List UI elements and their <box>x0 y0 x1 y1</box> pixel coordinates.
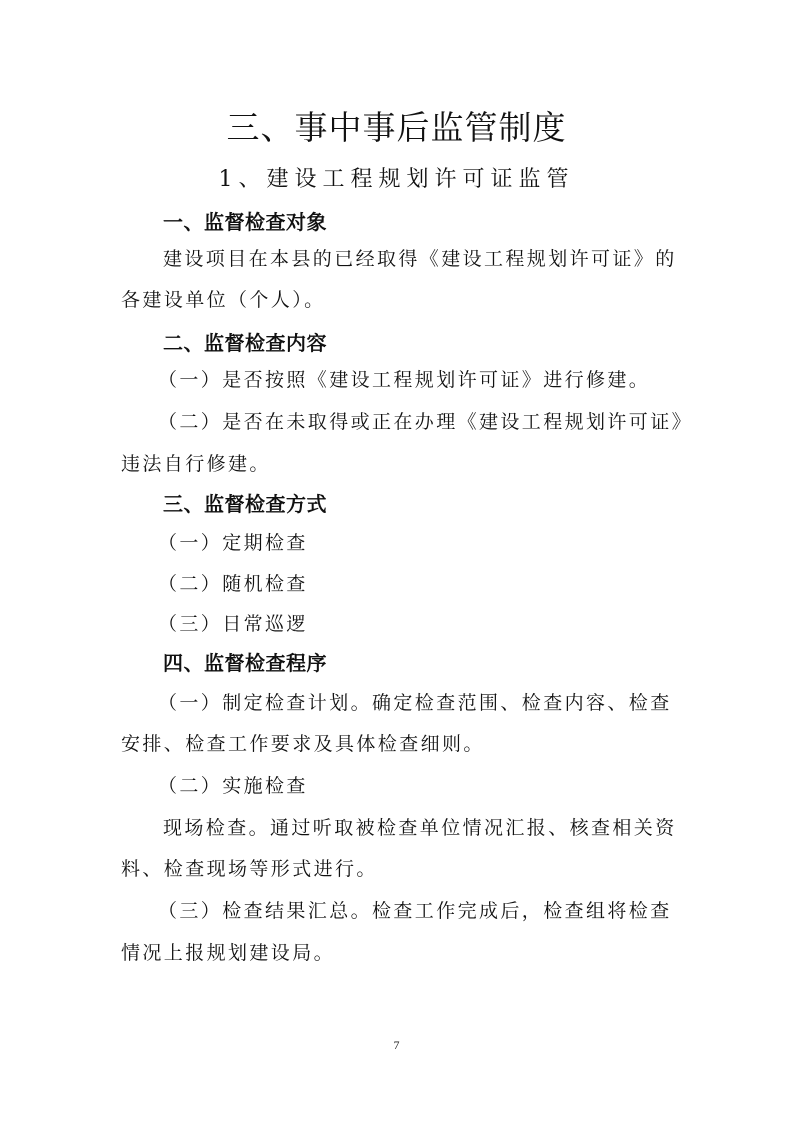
list-item: （一）定期检查 <box>158 529 718 557</box>
list-item: （二）随机检查 <box>158 570 718 598</box>
paragraph-line: （二）实施检查 <box>158 772 718 800</box>
paragraph-line: 现场检查。通过听取被检查单位情况汇报、核查相关资 <box>163 814 723 842</box>
paragraph-line: （二）是否在未取得或正在办理《建设工程规划许可证》 <box>158 408 718 436</box>
paragraph-line: （一）制定检查计划。确定检查范围、检查内容、检查 <box>158 689 718 717</box>
section-heading-3: 三、监督检查方式 <box>163 490 327 518</box>
paragraph-line: 建设项目在本县的已经取得《建设工程规划许可证》的 <box>163 245 723 273</box>
page-title: 三、事中事后监管制度 <box>0 106 793 150</box>
document-page: 三、事中事后监管制度 1、建设工程规划许可证监管 一、监督检查对象 建设项目在本… <box>0 0 793 1122</box>
section-heading-1: 一、监督检查对象 <box>163 208 327 236</box>
section-heading-4: 四、监督检查程序 <box>163 649 327 677</box>
page-number: 7 <box>0 1038 793 1053</box>
section-heading-2: 二、监督检查内容 <box>163 329 327 357</box>
paragraph-line: （三）检查结果汇总。检查工作完成后，检查组将检查 <box>158 897 718 925</box>
paragraph-line: 违法自行修建。 <box>121 450 681 478</box>
list-item: （三）日常巡逻 <box>158 610 718 638</box>
page-subtitle: 1、建设工程规划许可证监管 <box>0 164 793 196</box>
paragraph-line: 料、检查现场等形式进行。 <box>121 855 681 883</box>
paragraph-line: 安排、检查工作要求及具体检查细则。 <box>121 730 681 758</box>
paragraph-line: 各建设单位（个人）。 <box>121 286 681 314</box>
paragraph-line: （一）是否按照《建设工程规划许可证》进行修建。 <box>158 366 718 394</box>
paragraph-line: 情况上报规划建设局。 <box>121 939 681 967</box>
